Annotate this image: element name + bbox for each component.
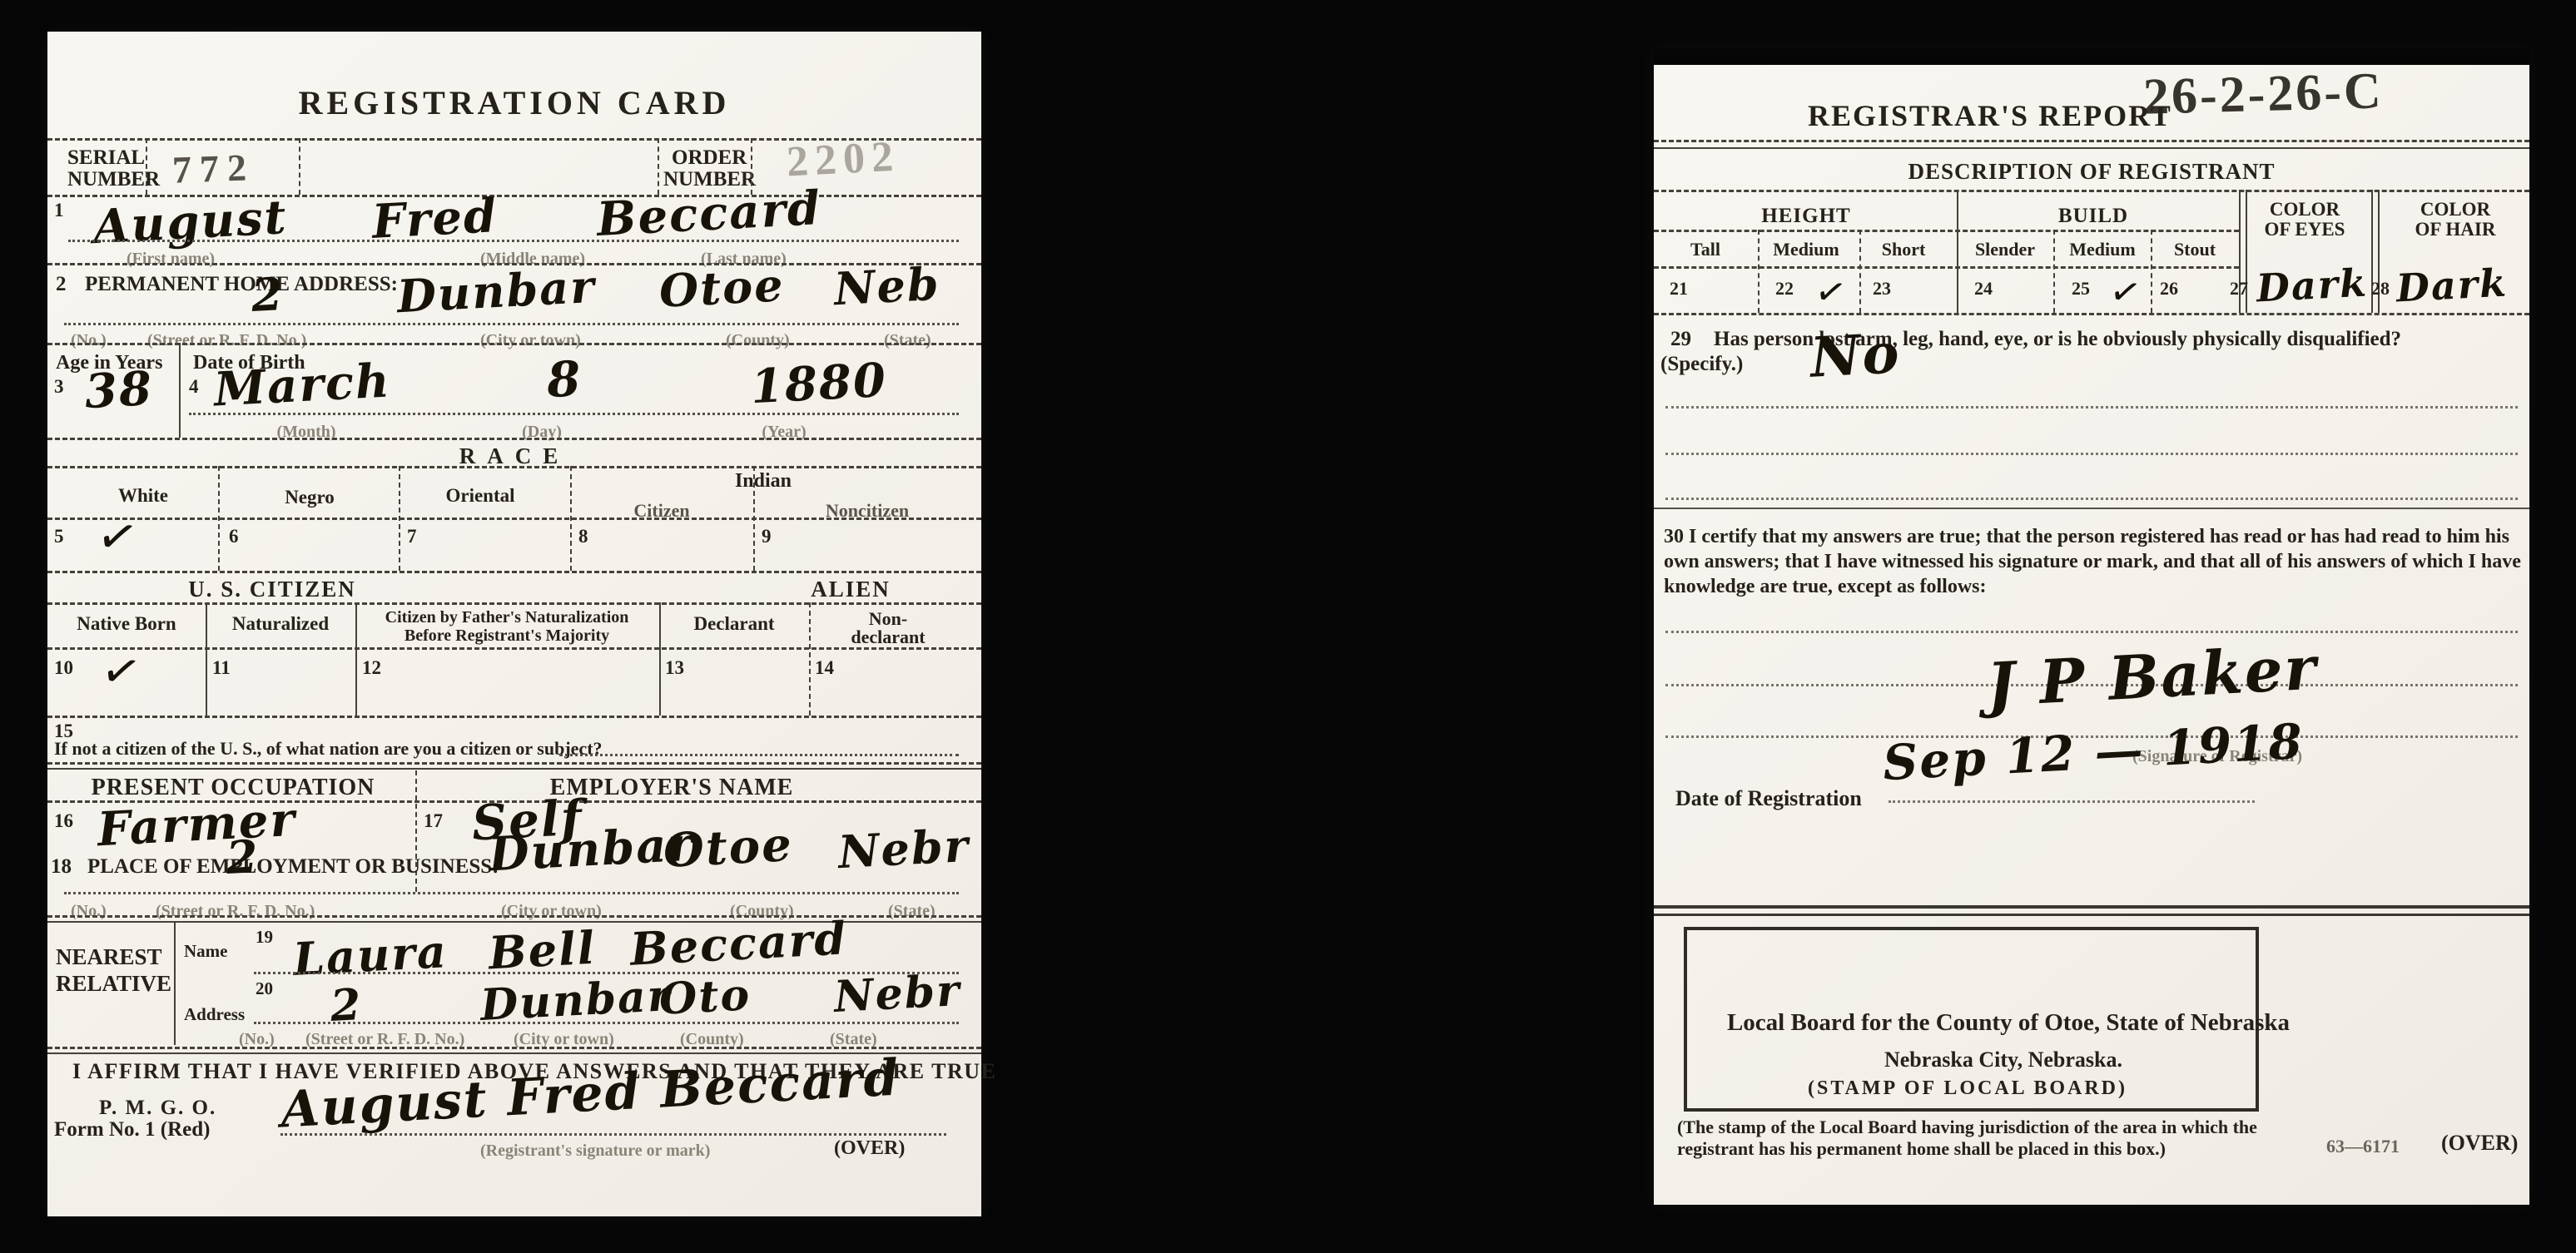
hair-header-line1: COLOR [2420, 200, 2490, 220]
divider [299, 138, 300, 195]
divider [218, 466, 220, 571]
occupation-handwriting: Farmer [96, 792, 297, 857]
divider [753, 466, 755, 571]
home-address-no-handwriting: 2 [250, 267, 285, 322]
divider [1758, 230, 1760, 313]
local-board-stamp-line2: Nebraska City, Nebraska. [1884, 1048, 2122, 1072]
race-box-5: 5 [54, 526, 64, 547]
home-address-county-handwriting: Otoe [658, 258, 786, 318]
height-col-tall: Tall [1690, 240, 1720, 260]
address-label-no: (No.) [71, 331, 107, 350]
over-label-right: (OVER) [2441, 1132, 2518, 1155]
relative-address-number: 20 [256, 978, 273, 999]
q29-answer-handwriting: No [1809, 320, 1902, 390]
citizen-box-13: 13 [665, 657, 684, 679]
eyes-box-27: 27 [2230, 278, 2248, 300]
citizen-col-father-line1: Citizen by Father's Naturalization [385, 609, 629, 627]
order-number-value: 2202 [786, 131, 901, 186]
employment-no-handwriting: 2 [225, 830, 261, 884]
race-col-negro: Negro [285, 488, 335, 508]
height-box-21: 21 [1670, 278, 1688, 300]
divider [47, 602, 981, 605]
form-org-text: P. M. G. O. [99, 1097, 216, 1119]
employment-number: 18 [51, 855, 72, 879]
hair-header-line2: OF HAIR [2415, 220, 2496, 240]
employment-label-state: (State) [888, 902, 936, 921]
build-box-26: 26 [2160, 278, 2178, 300]
form-print-code: 63—6171 [2326, 1137, 2400, 1156]
build-box-24: 24 [1974, 278, 1993, 300]
build-header: BUILD [2058, 205, 2128, 227]
q29-number: 29 [1670, 328, 1691, 351]
divider [47, 438, 981, 440]
birth-year-handwriting: 1880 [749, 353, 888, 414]
build-col-medium: Medium [2069, 240, 2135, 260]
relative-address-label: Address [184, 1005, 245, 1024]
divider [1665, 631, 2518, 633]
employment-label-city: (City or town) [501, 902, 602, 921]
hair-box-28: 28 [2371, 278, 2390, 300]
scan-background: REGISTRATION CARD SERIAL NUMBER 772 ORDE… [0, 0, 2576, 1253]
citizen-col-native-born: Native Born [77, 614, 176, 635]
relative-address-county-handwriting: Oto [658, 969, 752, 1025]
registration-card: REGISTRATION CARD SERIAL NUMBER 772 ORDE… [47, 32, 981, 1216]
height-box-22: 22 [1775, 278, 1794, 300]
first-name-label: (First name) [127, 250, 215, 269]
eyes-color-handwriting: Dark [2256, 260, 2369, 311]
divider [146, 138, 147, 195]
divider [280, 1133, 946, 1136]
divider [68, 240, 959, 242]
divider [47, 1047, 981, 1049]
divider [2053, 230, 2055, 313]
citizen-box-11: 11 [212, 657, 231, 679]
divider [1889, 800, 2255, 803]
local-board-stamp-line1: Local Board for the County of Otoe, Stat… [1727, 1010, 2290, 1036]
divider [64, 892, 959, 894]
divider [64, 323, 959, 325]
birth-number: 4 [189, 376, 199, 398]
employment-label-street: (Street or R. F. D. No.) [156, 902, 315, 921]
address-label-city: (City or town) [480, 331, 581, 350]
employer-number: 17 [424, 810, 443, 832]
relative-name-number: 19 [256, 927, 273, 948]
relative-middle-handwriting: Bell [487, 921, 597, 980]
citizen-box-10: 10 [54, 657, 73, 679]
occupation-number: 16 [54, 810, 73, 832]
divider [206, 602, 207, 716]
birth-day-handwriting: 8 [545, 350, 583, 409]
divider [355, 602, 357, 716]
divider [1859, 230, 1861, 313]
relative-name-label: Name [184, 942, 227, 961]
alien-col-declarant: Declarant [693, 614, 774, 635]
race-box-7: 7 [407, 526, 417, 547]
order-number-label: ORDER [672, 146, 747, 169]
description-header: DESCRIPTION OF REGISTRANT [1908, 160, 2275, 184]
address-label-street: (Street or R. F. D. No.) [147, 331, 306, 350]
q30-certification-text: 30 I certify that my answers are true; t… [1664, 524, 2523, 599]
divider [47, 343, 981, 345]
race-indian-header: Indian [735, 471, 792, 493]
first-name-handwriting: August [92, 190, 289, 255]
home-address-label: PERMANENT HOME ADDRESS: [85, 273, 398, 295]
divider [1654, 147, 2529, 149]
registrars-report-card: 26-2-26-C REGISTRAR'S REPORT DESCRIPTION… [1654, 48, 2529, 1205]
date-of-registration-label: Date of Registration [1675, 787, 1862, 810]
employment-state-handwriting: Nebr [836, 819, 970, 879]
eyes-header-line1: COLOR [2270, 200, 2340, 220]
race-header: RACE [459, 444, 570, 468]
divider [1665, 498, 2518, 500]
race-box-9: 9 [762, 526, 772, 547]
divider [2151, 230, 2152, 313]
divider [1957, 190, 1958, 313]
divider [659, 602, 661, 716]
relative-first-handwriting: Laura [291, 924, 449, 986]
divider [47, 518, 981, 520]
line1-number: 1 [54, 200, 64, 221]
registrar-signature-handwriting: J P Baker [1985, 632, 2319, 721]
address-label-state: (State) [884, 331, 931, 350]
birth-month-handwriting: March [212, 353, 392, 417]
height-col-medium: Medium [1773, 240, 1839, 260]
registrant-signature-label: (Registrant's signature or mark) [480, 1142, 710, 1161]
line15-question: If not a citizen of the U. S., of what n… [54, 739, 603, 759]
address-label-county: (County) [726, 331, 790, 350]
race-box-6: 6 [229, 526, 239, 547]
line2-number: 2 [56, 273, 67, 296]
relative-address-state-handwriting: Nebr [833, 965, 962, 1023]
home-address-city-handwriting: Dunbar [395, 260, 597, 323]
race-col-oriental: Oriental [445, 486, 514, 507]
relative-header-line1: NEAREST [56, 945, 162, 969]
stamp-box-note: (The stamp of the Local Board having jur… [1677, 1117, 2264, 1160]
relative-header-line2: RELATIVE [56, 972, 171, 996]
divider [1654, 190, 2529, 192]
employment-county-handwriting: Otoe [662, 817, 794, 879]
divider [1665, 453, 2518, 455]
divider [47, 716, 981, 718]
employment-label-no: (No.) [71, 902, 107, 921]
alien-col-nondeclarant-line2: declarant [851, 627, 925, 647]
hair-color-handwriting: Dark [2395, 260, 2509, 311]
citizen-col-father-line2: Before Registrant's Majority [405, 627, 609, 646]
serial-number-label: SERIAL [67, 146, 145, 169]
divider [47, 647, 981, 650]
q29-specify-label: (Specify.) [1660, 353, 1743, 375]
divider [658, 138, 659, 195]
registration-card-title: REGISTRATION CARD [299, 85, 731, 121]
stamp-of-local-board-label: (STAMP OF LOCAL BOARD) [1808, 1078, 2127, 1100]
divider [570, 466, 572, 571]
divider [47, 571, 981, 573]
last-name-handwriting: Beccard [595, 181, 822, 247]
race-col-white: White [118, 486, 168, 507]
age-number: 3 [54, 376, 64, 398]
employment-label: PLACE OF EMPLOYMENT OR BUSINESS: [87, 855, 499, 878]
divider [1654, 914, 2529, 916]
build-box-25: 25 [2072, 278, 2090, 300]
divider [47, 466, 981, 468]
divider [1654, 266, 2239, 269]
build-medium-checkmark: ✓ [2107, 272, 2144, 314]
build-col-stout: Stout [2174, 240, 2216, 260]
board-code-stamp: 26-2-26-C [2142, 62, 2384, 127]
divider [179, 343, 181, 438]
height-medium-checkmark: ✓ [1812, 272, 1849, 314]
divider [1665, 406, 2518, 409]
serial-number-value: 772 [171, 145, 256, 191]
eyes-header-line2: OF EYES [2265, 220, 2345, 240]
height-box-23: 23 [1873, 278, 1891, 300]
citizen-box-14: 14 [815, 657, 834, 679]
divider [809, 602, 811, 716]
divider [1654, 508, 2529, 509]
relative-last-handwriting: Beccard [629, 911, 849, 976]
race-white-checkmark: ✓ [93, 509, 143, 565]
build-col-slender: Slender [1975, 240, 2035, 260]
height-header: HEIGHT [1761, 205, 1850, 227]
divider [254, 1022, 959, 1024]
over-label-left: (OVER) [834, 1138, 905, 1160]
citizen-box-12: 12 [362, 657, 381, 679]
native-born-checkmark: ✓ [97, 646, 146, 700]
height-col-short: Short [1882, 240, 1926, 260]
divider [399, 466, 400, 571]
home-address-state-handwriting: Neb [832, 257, 941, 316]
divider [1654, 905, 2529, 909]
employer-header: EMPLOYER'S NAME [550, 775, 794, 800]
divider [1654, 313, 2529, 315]
divider [1654, 140, 2529, 142]
divider [189, 413, 959, 415]
citizen-col-naturalized: Naturalized [232, 614, 329, 635]
scan-artifact-strip [1654, 48, 2529, 65]
divider [559, 754, 959, 756]
divider [174, 922, 176, 1045]
date-of-registration-handwriting: Sep 12 — 1918 [1882, 713, 2305, 791]
us-citizen-header: U. S. CITIZEN [188, 577, 356, 602]
alien-header: ALIEN [811, 577, 891, 602]
age-value-handwriting: 38 [83, 361, 154, 419]
race-box-8: 8 [578, 526, 588, 547]
divider [47, 762, 981, 765]
form-number-text: Form No. 1 (Red) [54, 1118, 210, 1141]
divider [47, 768, 981, 770]
registrars-report-title: REGISTRAR'S REPORT [1808, 100, 2172, 132]
